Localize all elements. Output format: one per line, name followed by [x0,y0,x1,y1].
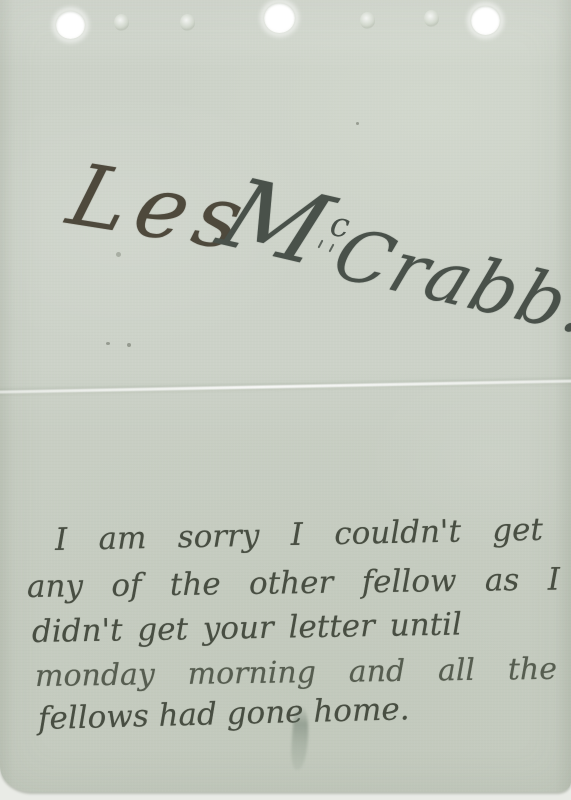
paper-speck [106,342,110,345]
paper-speck [356,122,359,125]
signature-tick-mark [329,244,335,253]
hole-impression [114,14,129,31]
punch-hole-right [471,6,500,35]
note-paper: Les M c Crabb. I am sorry I couldn't get… [0,0,571,792]
punch-hole-left [56,11,85,39]
message-line: fellows had gone home. [38,692,369,737]
message-line: monday morning and all the [35,652,557,694]
hole-impression [424,10,439,27]
punch-hole-center [264,3,295,33]
hole-impression [360,12,375,29]
paper-speck [116,252,121,257]
paper-speck [127,343,131,347]
signature-surname: Crabb. [323,212,571,350]
message-line: didn't get your letter until [32,606,463,649]
message-line: any of the other fellow as I [27,562,560,605]
fold-crease [0,379,571,393]
hole-impression [180,14,195,31]
message-line: I am sorry I couldn't get [55,512,544,558]
